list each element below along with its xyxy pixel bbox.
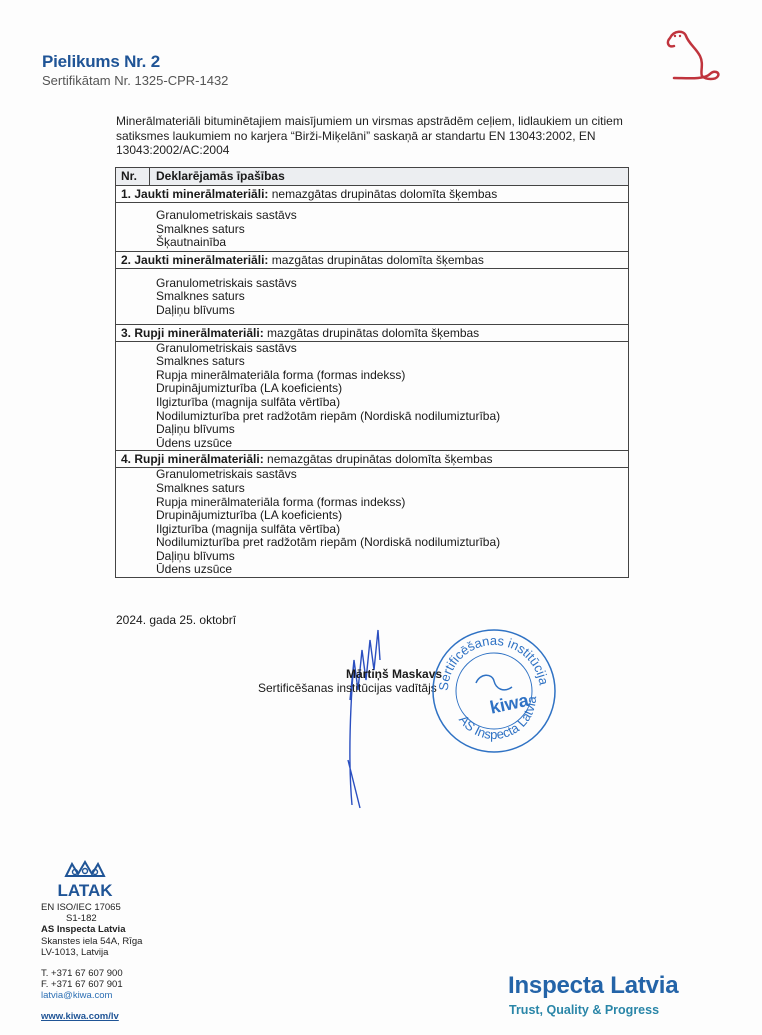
group-items: Granulometriskais sastāvsSmalknes saturs… xyxy=(116,342,628,452)
address-line-1: Skanstes iela 54A, Rīga xyxy=(41,936,142,947)
group-title-label: 4. Rupji minerālmateriāli: xyxy=(121,452,264,466)
property-item: Granulometriskais sastāvs xyxy=(156,468,628,482)
property-item: Drupinājumizturība (LA koeficients) xyxy=(156,382,628,396)
svg-text:LATAK: LATAK xyxy=(57,881,113,900)
address-line-2: LV-1013, Latvija xyxy=(41,947,142,958)
kiwa-beaver-logo-icon xyxy=(656,24,722,86)
issue-date: 2024. gada 25. oktobrī xyxy=(116,613,236,627)
group-items: Granulometriskais sastāvsSmalknes saturs… xyxy=(116,269,628,325)
group-items: Granulometriskais sastāvsSmalknes saturs… xyxy=(116,203,628,252)
property-item: Šķautnainība xyxy=(156,236,628,250)
property-item: Daļiņu blīvums xyxy=(156,550,628,564)
properties-table: Nr. Deklarējamās īpašības 1. Jaukti mine… xyxy=(115,167,629,578)
certificate-subtitle: Sertifikātam Nr. 1325-CPR-1432 xyxy=(42,73,228,88)
property-item: Drupinājumizturība (LA koeficients) xyxy=(156,509,628,523)
table-header: Nr. Deklarējamās īpašības xyxy=(116,168,628,186)
property-item: Smalknes saturs xyxy=(156,355,628,369)
group-title: 1. Jaukti minerālmateriāli: nemazgātas d… xyxy=(116,186,628,203)
accreditation-code: S1-182 xyxy=(41,913,142,924)
property-item: Ilgizturība (magnija sulfāta vērtība) xyxy=(156,523,628,537)
property-item: Daļiņu blīvums xyxy=(156,304,628,318)
intro-paragraph: Minerālmateriāli bituminētajiem maisījum… xyxy=(116,114,656,158)
accreditation-standard: EN ISO/IEC 17065 xyxy=(41,902,142,913)
website-link[interactable]: www.kiwa.com/lv xyxy=(41,1011,142,1022)
property-item: Daļiņu blīvums xyxy=(156,423,628,437)
fax: F. +371 67 607 901 xyxy=(41,979,142,990)
property-item: Nodilumizturība pret radžotām riepām (No… xyxy=(156,410,628,424)
group-title: 3. Rupji minerālmateriāli: mazgātas drup… xyxy=(116,325,628,342)
group-title-label: 2. Jaukti minerālmateriāli: xyxy=(121,253,268,267)
email-link[interactable]: latvia@kiwa.com xyxy=(41,990,142,1001)
latak-accreditation-logo-icon: LATAK xyxy=(52,858,118,900)
group-title: 4. Rupji minerālmateriāli: nemazgātas dr… xyxy=(116,451,628,468)
group-title-label: 1. Jaukti minerālmateriāli: xyxy=(121,187,268,201)
property-item: Ilgizturība (magnija sulfāta vērtība) xyxy=(156,396,628,410)
handwritten-signature xyxy=(320,620,400,810)
property-item: Ūdens uzsūce xyxy=(156,437,628,451)
column-header-nr: Nr. xyxy=(116,168,150,185)
certification-stamp-icon: Sertificēšanas institūcija AS Inspecta L… xyxy=(430,627,558,755)
group-title: 2. Jaukti minerālmateriāli: mazgātas dru… xyxy=(116,252,628,269)
brand-tagline: Trust, Quality & Progress xyxy=(509,1003,659,1017)
property-item: Smalknes saturs xyxy=(156,223,628,237)
property-item: Rupja minerālmateriāla forma (formas ind… xyxy=(156,369,628,383)
property-item: Rupja minerālmateriāla forma (formas ind… xyxy=(156,496,628,510)
table-groups: 1. Jaukti minerālmateriāli: nemazgātas d… xyxy=(116,186,628,577)
brand-name: Inspecta Latvia xyxy=(508,972,678,1000)
property-item: Ūdens uzsūce xyxy=(156,563,628,577)
property-item: Smalknes saturs xyxy=(156,290,628,304)
footer-contact: EN ISO/IEC 17065 S1-182 AS Inspecta Latv… xyxy=(41,902,142,1022)
phone: T. +371 67 607 900 xyxy=(41,968,142,979)
property-item: Nodilumizturība pret radžotām riepām (No… xyxy=(156,536,628,550)
property-item: Granulometriskais sastāvs xyxy=(156,342,628,356)
company-name: AS Inspecta Latvia xyxy=(41,924,125,935)
group-items: Granulometriskais sastāvsSmalknes saturs… xyxy=(116,468,628,577)
group-title-label: 3. Rupji minerālmateriāli: xyxy=(121,326,264,340)
page-title: Pielikums Nr. 2 xyxy=(42,52,160,72)
property-item: Granulometriskais sastāvs xyxy=(156,277,628,291)
property-item: Granulometriskais sastāvs xyxy=(156,209,628,223)
group-title-description: mazgātas drupinātas dolomīta šķembas xyxy=(268,253,483,267)
property-item: Smalknes saturs xyxy=(156,482,628,496)
group-title-description: nemazgātas drupinātas dolomīta šķembas xyxy=(264,452,493,466)
group-title-description: mazgātas drupinātas dolomīta šķembas xyxy=(264,326,479,340)
column-header-properties: Deklarējamās īpašības xyxy=(150,168,285,185)
group-title-description: nemazgātas drupinātas dolomīta šķembas xyxy=(268,187,497,201)
